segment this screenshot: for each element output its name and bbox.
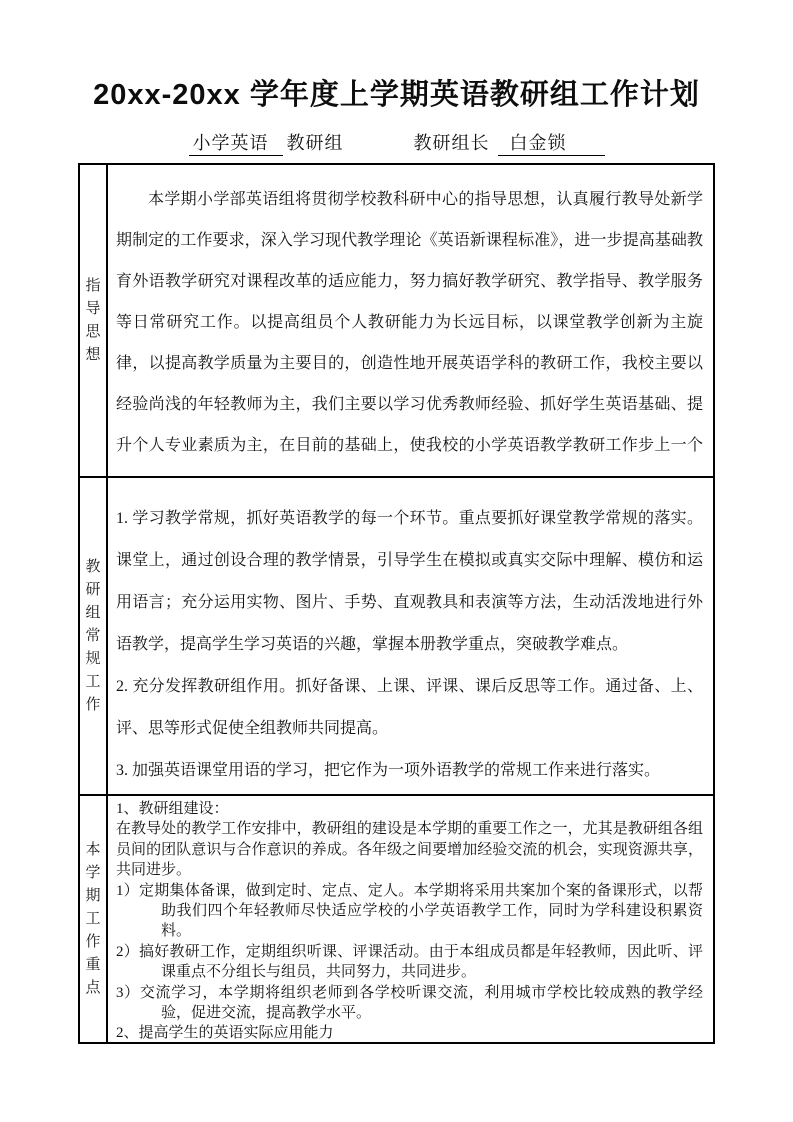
row-label-regular-work: 教研组常规工作	[85, 556, 102, 717]
regular-work-item-2: 2. 充分发挥教研组作用。抓好备课、上课、评课、课后反思等工作。通过备、上、评、…	[116, 666, 703, 750]
semester-focus-heading-2: 2、提高学生的英语实际应用能力	[116, 1023, 703, 1042]
table-row-guiding-ideology: 指导思想 本学期小学部英语组将贯彻学校教科研中心的指导思想，认真履行教导处新学期…	[80, 165, 713, 476]
row-content-semester-focus: 1、教研组建设： 在教导处的教学工作安排中，教研组的建设是本学期的重要工作之一，…	[108, 796, 713, 1042]
row-content-guiding-ideology: 本学期小学部英语组将贯彻学校教科研中心的指导思想，认真履行教导处新学期制定的工作…	[108, 165, 713, 476]
row-label-guiding-ideology: 指导思想	[85, 275, 102, 367]
guiding-ideology-paragraph: 本学期小学部英语组将贯彻学校教科研中心的指导思想，认真履行教导处新学期制定的工作…	[116, 179, 703, 476]
page-title: 20xx-20xx 学年度上学期英语教研组工作计划	[0, 0, 793, 113]
semester-focus-subitem-2: 2）搞好教研工作，定期组织听课、评课活动。由于本组成员都是年轻教师，因此听、评课…	[116, 942, 703, 983]
semester-focus-heading-1: 1、教研组建设：	[116, 799, 703, 819]
semester-focus-subitem-1: 1）定期集体备课，做到定时、定点、定人。本学期将采用共案加个案的备课形式，以帮助…	[116, 881, 703, 942]
leader-label: 教研组长	[414, 133, 490, 153]
row-label-cell-semester-focus: 本学期工作重点	[80, 796, 108, 1042]
row-content-regular-work: 1. 学习教学常规，抓好英语教学的每一个环节。重点要抓好课堂教学常规的落实。课堂…	[108, 478, 713, 794]
table-row-semester-focus: 本学期工作重点 1、教研组建设： 在教导处的教学工作安排中，教研组的建设是本学期…	[80, 794, 713, 1042]
regular-work-item-3: 3. 加强英语课堂用语的学习，把它作为一项外语教学的常规工作来进行落实。	[116, 750, 703, 792]
semester-focus-subitem-3: 3）交流学习，本学期将组织老师到各学校听课交流，利用城市学校比较成熟的教学经验，…	[116, 983, 703, 1024]
work-plan-table: 指导思想 本学期小学部英语组将贯彻学校教科研中心的指导思想，认真履行教导处新学期…	[78, 163, 715, 1044]
group-type-label: 教研组	[287, 133, 344, 153]
row-label-cell-guiding-ideology: 指导思想	[80, 165, 108, 476]
table-row-regular-work: 教研组常规工作 1. 学习教学常规，抓好英语教学的每一个环节。重点要抓好课堂教学…	[80, 476, 713, 794]
group-name-underlined: 小学英语	[189, 133, 283, 156]
leader-name-underlined: 白金锁	[498, 133, 605, 156]
semester-focus-intro: 在教导处的教学工作安排中，教研组的建设是本学期的重要工作之一，尤其是教研组各组员…	[116, 819, 703, 880]
regular-work-item-1: 1. 学习教学常规，抓好英语教学的每一个环节。重点要抓好课堂教学常规的落实。课堂…	[116, 498, 703, 666]
row-label-semester-focus: 本学期工作重点	[85, 839, 102, 1000]
document-page: 20xx-20xx 学年度上学期英语教研组工作计划 小学英语教研组教研组长白金锁…	[0, 0, 793, 1122]
document-subtitle: 小学英语教研组教研组长白金锁	[0, 129, 793, 155]
row-label-cell-regular-work: 教研组常规工作	[80, 478, 108, 794]
